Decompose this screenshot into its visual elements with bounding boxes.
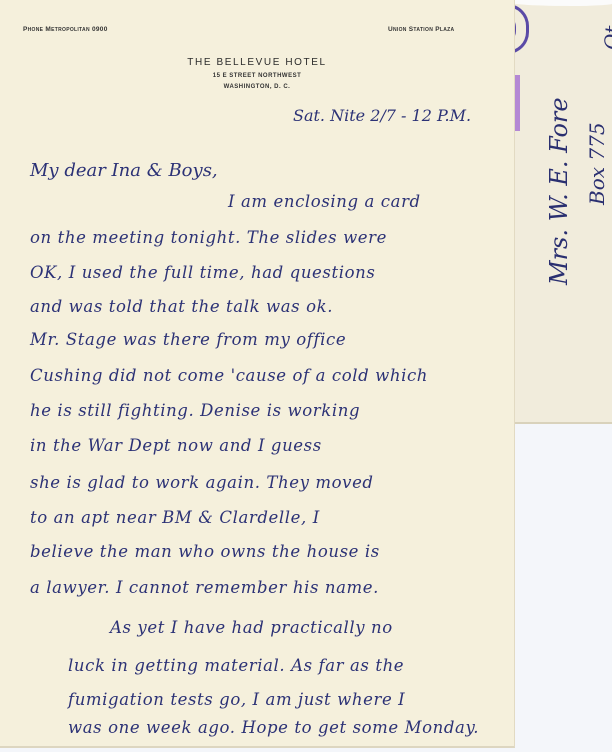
letter-salutation: My dear Ina & Boys, (30, 160, 218, 181)
letter-date: Sat. Nite 2/7 - 12 P.M. (293, 106, 471, 125)
letterhead-hotel-name: THE BELLEVUE HOTEL (0, 57, 514, 68)
letter-page: Phone Metropolitan 0900 Union Station Pl… (0, 0, 515, 748)
letter-line: she is glad to work again. They moved (30, 473, 374, 492)
letterhead-city: WASHINGTON, D. C. (0, 84, 514, 90)
letter-line: Cushing did not come 'cause of a cold wh… (30, 366, 428, 385)
letterhead-phone: Phone Metropolitan 0900 (23, 26, 108, 33)
envelope-box-number: Box 775 (585, 122, 609, 205)
letter-line: fumigation tests go, I am just where I (68, 690, 405, 709)
envelope-addressee: Mrs. W. E. Fore (545, 97, 573, 285)
letterhead-location: Union Station Plaza (388, 26, 454, 33)
letter-line: to an apt near BM & Clardelle, I (30, 508, 320, 527)
envelope-city: Ot... (600, 6, 612, 50)
letter-line: believe the man who owns the house is (30, 542, 380, 561)
letter-line: a lawyer. I cannot remember his name. (30, 578, 379, 597)
letter-line: I am enclosing a card (228, 192, 421, 211)
letter-line: was one week ago. Hope to get some Monda… (68, 718, 479, 737)
envelope-torn-edge (510, 0, 612, 6)
letter-line: on the meeting tonight. The slides were (30, 228, 387, 247)
letter-line: and was told that the talk was ok. (30, 297, 333, 316)
letter-line: in the War Dept now and I guess (30, 436, 322, 455)
letter-line: OK, I used the full time, had questions (30, 263, 375, 282)
letterhead-street: 15 E STREET NORTHWEST (0, 73, 514, 79)
letter-line: luck in getting material. As far as the (68, 656, 404, 675)
letter-line: he is still fighting. Denise is working (30, 401, 360, 420)
letter-line: As yet I have had practically no (110, 618, 393, 637)
letter-line: Mr. Stage was there from my office (30, 330, 346, 349)
